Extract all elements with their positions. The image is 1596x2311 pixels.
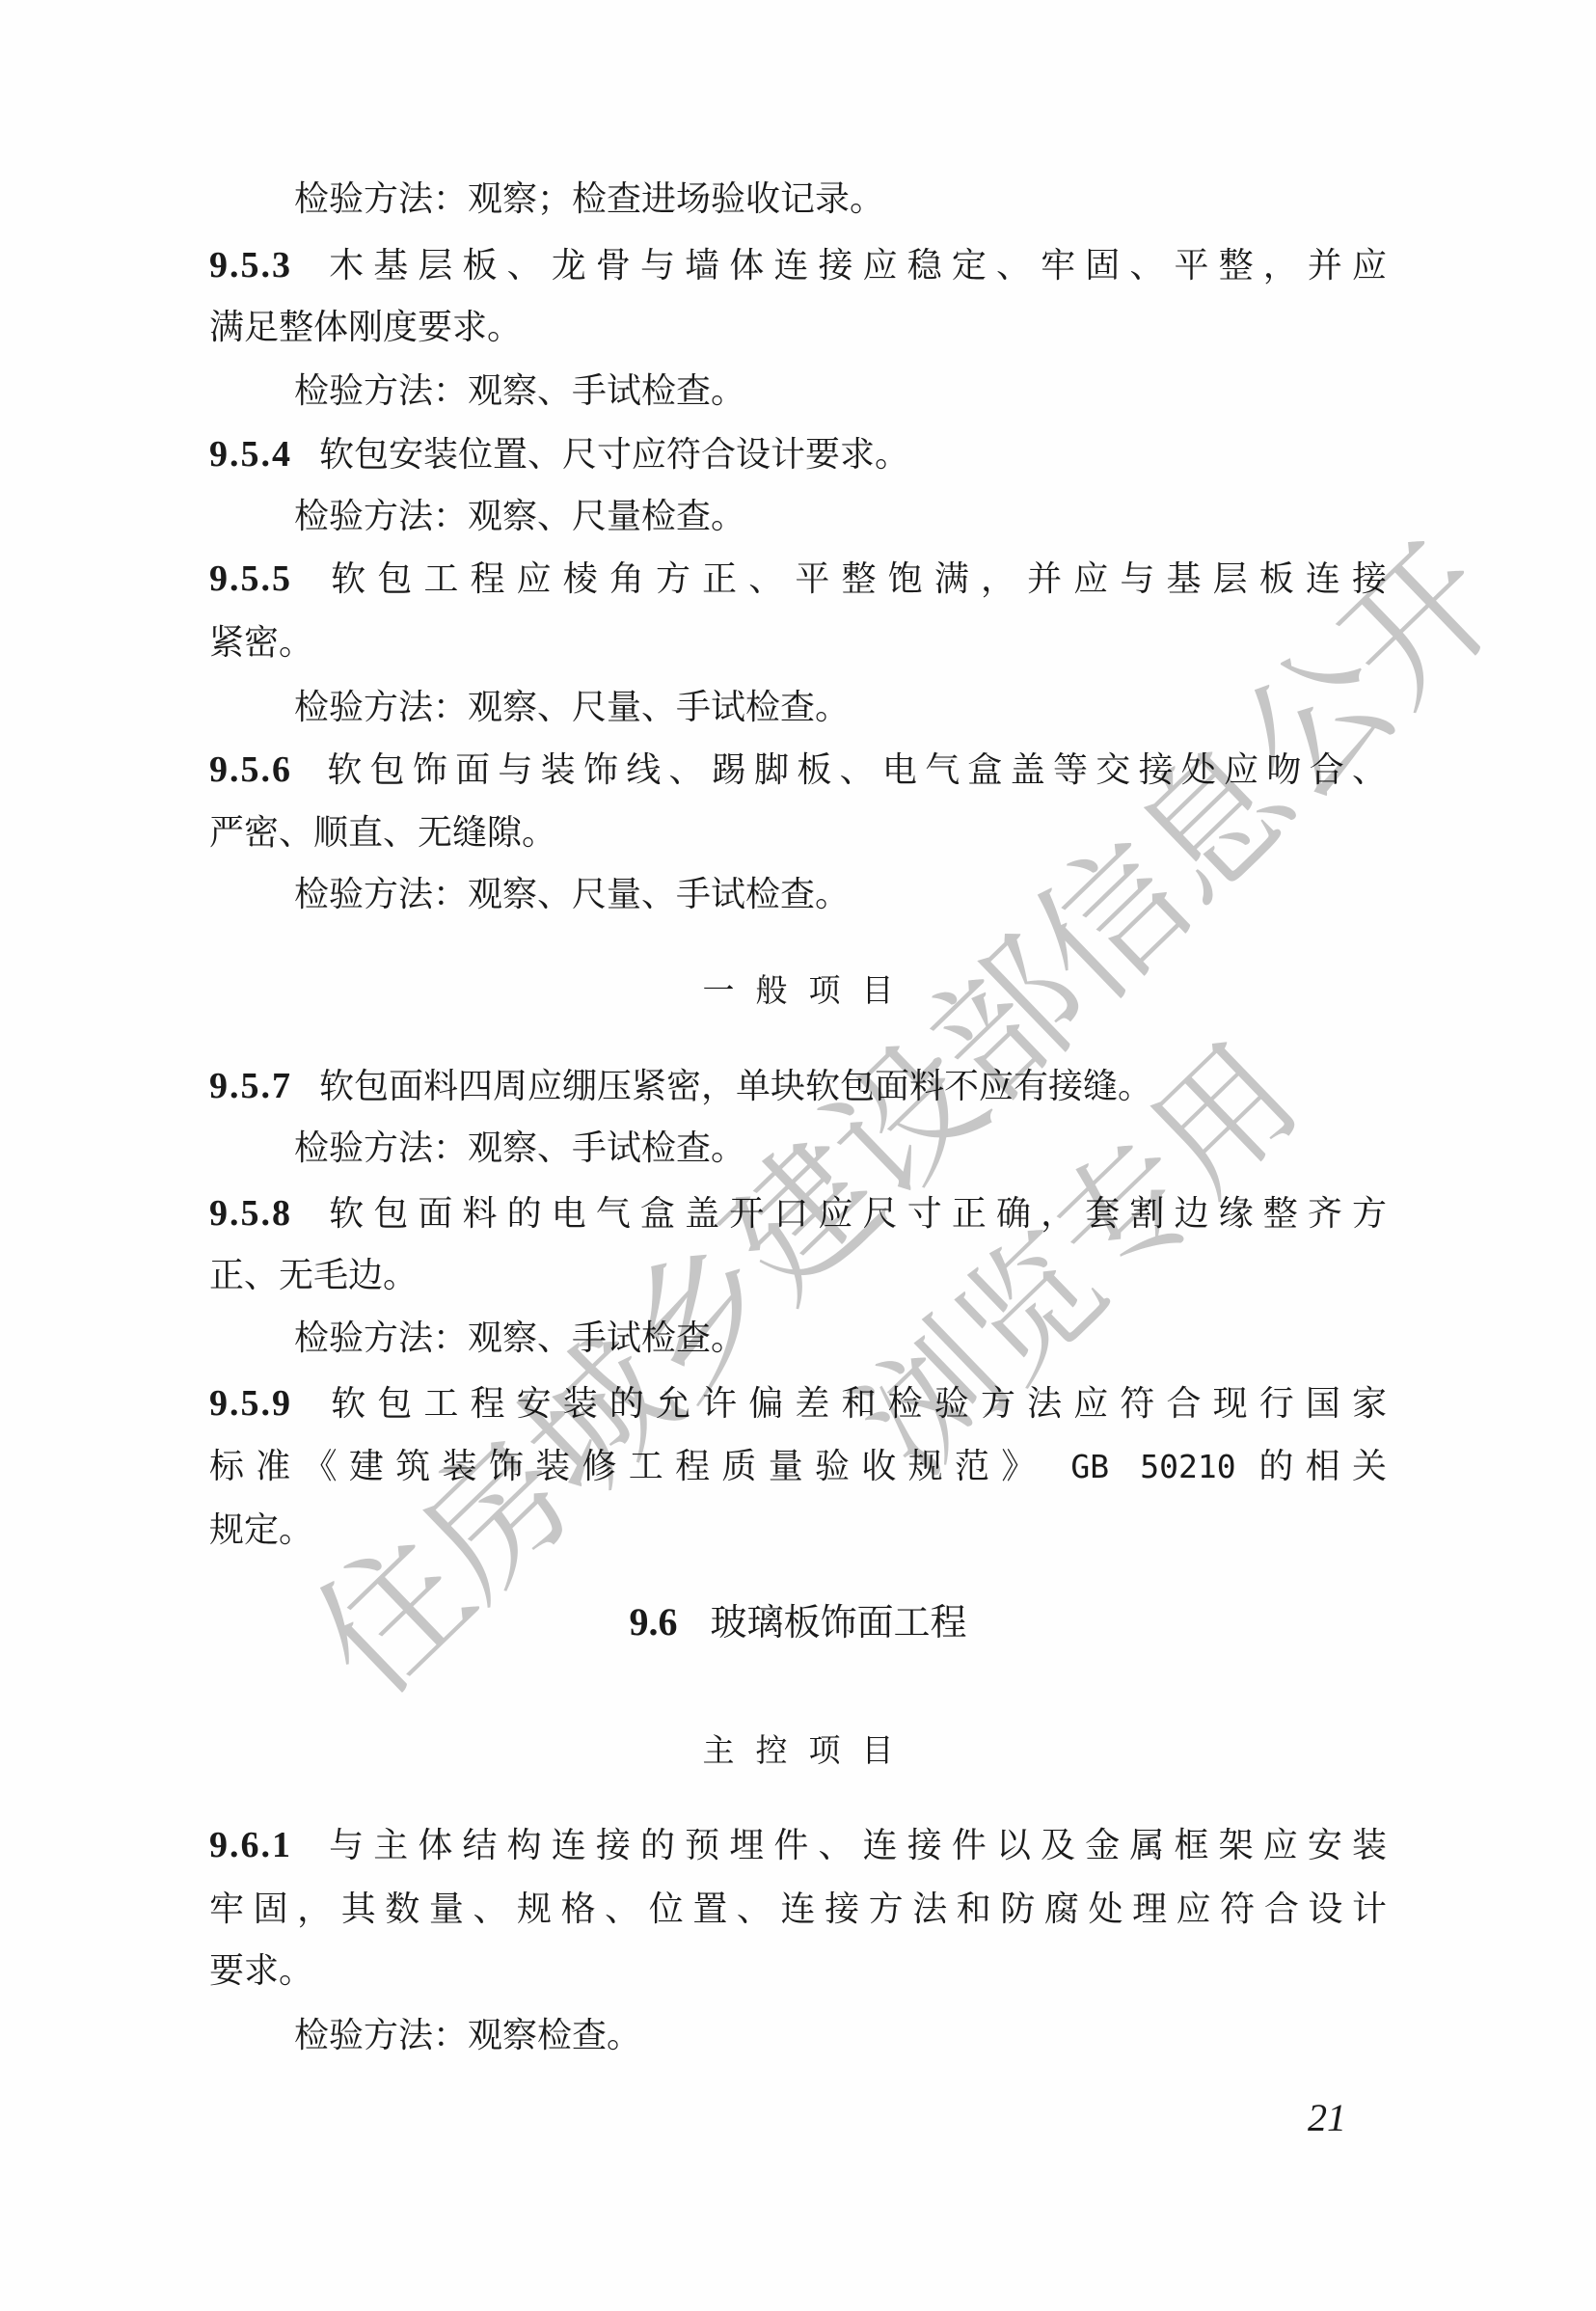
- clause-text: 软包工程安装的允许偏差和检验方法应符合现行国家: [319, 1384, 1387, 1424]
- clause-9-5-9-end: 规定。: [209, 1499, 1387, 1562]
- inspection-method-9-5-3: 检验方法：观察、手试检查。: [294, 360, 1387, 422]
- standard-title: 标准《建筑装饰装修工程质量验收规范》: [209, 1447, 1048, 1486]
- clause-number: 9.5.3: [209, 245, 292, 285]
- clause-text: 软包饰面与装饰线、踢脚板、电气盒盖等交接处应吻合、: [319, 750, 1387, 790]
- clause-9-5-6: 9.5.6软包饰面与装饰线、踢脚板、电气盒盖等交接处应吻合、: [209, 739, 1387, 802]
- inspection-method-9-6-1: 检验方法：观察检查。: [294, 2004, 1387, 2067]
- clause-text: 紧密。: [209, 623, 313, 663]
- clause-9-5-9: 9.5.9软包工程安装的允许偏差和检验方法应符合现行国家: [209, 1373, 1387, 1435]
- method-text: 检验方法：观察、手试检查。: [294, 1319, 745, 1358]
- inspection-method-9-5-5: 检验方法：观察、尺量、手试检查。: [294, 676, 1387, 739]
- section-title: 玻璃板饰面工程: [710, 1601, 966, 1644]
- inspection-method-9-5-2: 检验方法：观察；检查进场验收记录。: [294, 168, 1387, 231]
- clause-9-5-9-continued: 标准《建筑装饰装修工程质量验收规范》 GB 50210 的相关: [209, 1435, 1387, 1498]
- subheading-general-items: 一般项目: [0, 962, 1596, 1020]
- clause-text: 规定。: [209, 1510, 313, 1550]
- clause-number: 9.5.9: [209, 1383, 292, 1424]
- clause-text: 木基层板、龙骨与墙体连接应稳定、牢固、平整，并应: [319, 246, 1387, 285]
- document-page: 检验方法：观察；检查进场验收记录。 9.5.3木基层板、龙骨与墙体连接应稳定、牢…: [0, 0, 1596, 2311]
- section-number: 9.6: [629, 1600, 677, 1644]
- inspection-method-9-5-6: 检验方法：观察、尺量、手试检查。: [294, 863, 1387, 926]
- section-heading-9-6: 9.6玻璃板饰面工程: [0, 1591, 1596, 1654]
- clause-9-5-3-continued: 满足整体刚度要求。: [209, 296, 1387, 359]
- clause-text: 软包面料的电气盒盖开口应尺寸正确，套割边缘整齐方: [319, 1194, 1387, 1234]
- clause-text: 正、无毛边。: [209, 1256, 418, 1295]
- method-text: 检验方法：观察；检查进场验收记录。: [294, 179, 884, 219]
- method-text: 检验方法：观察、手试检查。: [294, 371, 745, 411]
- clause-9-5-3: 9.5.3木基层板、龙骨与墙体连接应稳定、牢固、平整，并应: [209, 234, 1387, 297]
- clause-text: 要求。: [209, 1951, 313, 1991]
- clause-text: 与主体结构连接的预埋件、连接件以及金属框架应安装: [319, 1826, 1387, 1865]
- clause-text: 软包面料四周应绷压紧密，单块软包面料不应有接缝。: [319, 1067, 1152, 1106]
- clause-text: 软包工程应棱角方正、平整饱满，并应与基层板连接: [319, 559, 1387, 599]
- standard-code: GB 50210: [1070, 1448, 1235, 1485]
- clause-text: 的相关: [1258, 1447, 1387, 1486]
- clause-9-5-8-continued: 正、无毛边。: [209, 1244, 1387, 1307]
- clause-9-5-7: 9.5.7软包面料四周应绷压紧密，单块软包面料不应有接缝。: [209, 1055, 1387, 1118]
- method-text: 检验方法：观察、尺量、手试检查。: [294, 688, 850, 727]
- clause-9-6-1-end: 要求。: [209, 1940, 1387, 2002]
- subheading-main-control-items: 主控项目: [0, 1722, 1596, 1780]
- clause-9-5-4: 9.5.4软包安装位置、尺寸应符合设计要求。: [209, 423, 1387, 486]
- clause-9-5-5-continued: 紧密。: [209, 612, 1387, 674]
- clause-9-5-5: 9.5.5软包工程应棱角方正、平整饱满，并应与基层板连接: [209, 548, 1387, 611]
- clause-text: 牢固，其数量、规格、位置、连接方法和防腐处理应符合设计: [209, 1890, 1387, 1929]
- clause-9-5-6-continued: 严密、顺直、无缝隙。: [209, 802, 1387, 864]
- method-text: 检验方法：观察、手试检查。: [294, 1128, 745, 1168]
- clause-9-6-1-continued: 牢固，其数量、规格、位置、连接方法和防腐处理应符合设计: [209, 1878, 1387, 1941]
- clause-text: 满足整体刚度要求。: [209, 308, 522, 347]
- method-text: 检验方法：观察、尺量检查。: [294, 497, 745, 536]
- clause-number: 9.5.4: [209, 434, 292, 475]
- method-text: 检验方法：观察检查。: [294, 2016, 641, 2055]
- inspection-method-9-5-4: 检验方法：观察、尺量检查。: [294, 485, 1387, 548]
- inspection-method-9-5-7: 检验方法：观察、手试检查。: [294, 1117, 1387, 1180]
- clause-number: 9.6.1: [209, 1825, 292, 1865]
- clause-9-6-1: 9.6.1与主体结构连接的预埋件、连接件以及金属框架应安装: [209, 1814, 1387, 1877]
- clause-number: 9.5.6: [209, 749, 292, 790]
- inspection-method-9-5-8: 检验方法：观察、手试检查。: [294, 1307, 1387, 1370]
- clause-9-5-8: 9.5.8软包面料的电气盒盖开口应尺寸正确，套割边缘整齐方: [209, 1183, 1387, 1245]
- clause-text: 软包安装位置、尺寸应符合设计要求。: [319, 435, 909, 475]
- clause-number: 9.5.8: [209, 1193, 292, 1234]
- clause-number: 9.5.7: [209, 1066, 292, 1106]
- clause-number: 9.5.5: [209, 558, 292, 599]
- method-text: 检验方法：观察、尺量、手试检查。: [294, 875, 850, 914]
- page-number: 21: [1308, 2095, 1346, 2141]
- clause-text: 严密、顺直、无缝隙。: [209, 813, 556, 853]
